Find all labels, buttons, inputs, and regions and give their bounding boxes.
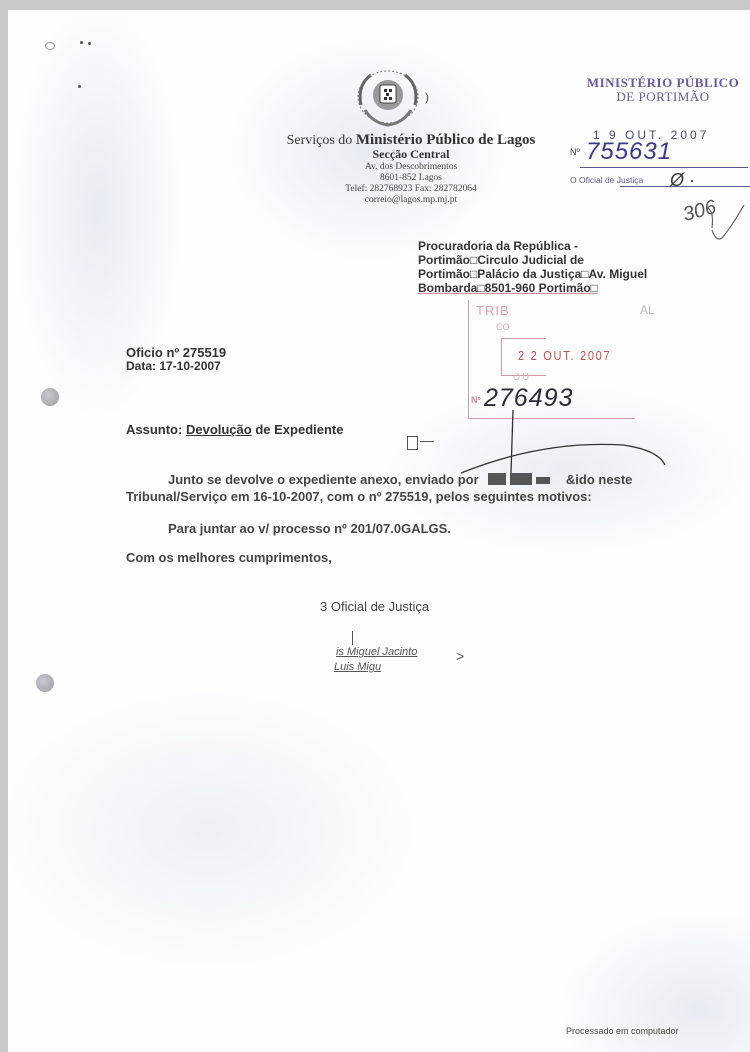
signer-title: 3 Oficial de Justiça: [320, 599, 429, 614]
subject-label: Assunto:: [126, 422, 182, 437]
letterhead-postal: 8601-852 Lagos: [266, 173, 556, 184]
stamp-org-line2: DE PORTIMÃO: [568, 90, 750, 104]
letterhead-main: Ministério Público de Lagos: [356, 132, 536, 148]
letter-subject: Assunto: Devolução de Expediente: [126, 422, 343, 437]
received-stamp-org: MINISTÉRIO PÚBLICO DE PORTIMÃO: [568, 76, 750, 104]
stamp-signature-line: [620, 186, 750, 187]
stamp-org-line1: MINISTÉRIO PÚBLICO: [568, 76, 750, 90]
received-stamp-number-label: Nº: [570, 147, 580, 157]
letterhead-section: Secção Central: [266, 147, 556, 161]
checkbox-mark: [407, 436, 418, 450]
letter-body: Junto se devolve o expediente anexo, env…: [126, 471, 696, 505]
return-reason: Para juntar ao v/ processo nº 201/07.0GA…: [168, 521, 451, 536]
signature-line1: is Miguel Jacinto: [336, 646, 417, 658]
letterhead-address: Av. dos Descobrimentos: [266, 162, 556, 173]
subject-underlined: Devolução: [186, 422, 252, 437]
scan-ring: [45, 42, 55, 50]
recipient-line: Portimão□Circulo Judicial de: [418, 253, 718, 267]
signature-mark: >: [456, 648, 464, 664]
redacted-block: [510, 473, 532, 485]
court-stamp-date: 2 2 OUT. 2007: [518, 348, 611, 363]
redacted-block: [536, 477, 550, 484]
scan-speck: [78, 85, 81, 88]
body-text-part1: Junto se devolve o expediente anexo, env…: [126, 472, 479, 487]
court-stamp-partial-top-left: TRIB: [476, 303, 510, 318]
received-stamp-number: 755631: [586, 138, 672, 166]
court-stamp-partial-line2: CO: [496, 322, 510, 332]
court-stamp-partial-top-right: AL: [640, 303, 655, 317]
signature-line2: Luis Migu: [334, 661, 381, 673]
footer-note: Processado em computador: [566, 1026, 679, 1036]
received-stamp-officer-label: O Oficial de Justiça: [570, 175, 643, 185]
signature-stroke: [352, 631, 353, 645]
coat-of-arms-icon: [353, 65, 423, 130]
stamp-divider: [580, 167, 748, 168]
document-page: ) Serviços do Ministério Público de Lago…: [8, 10, 750, 1052]
court-stamp-number: 276493: [484, 384, 573, 413]
handwritten-stroke: [453, 410, 683, 480]
scan-speck: [88, 42, 91, 45]
received-stamp-officer-mark: Ø ·: [670, 170, 695, 191]
oficio-number: Oficio nº 275519: [126, 345, 226, 360]
letter-date: Data: 17-10-2007: [126, 359, 221, 373]
letterhead-phone-fax: Telef: 282768923 Fax: 282782064: [266, 184, 556, 195]
body-text-part2: &ido: [566, 472, 595, 487]
scan-speck: [80, 41, 83, 44]
court-stamp-number-label: Nº: [471, 395, 481, 405]
recipient-line: Procuradoria da República -: [418, 239, 718, 253]
dash-mark: [420, 441, 434, 442]
recipient-address: Procuradoria da República - Portimão□Cir…: [418, 239, 718, 295]
recipient-line: Bombarda□8501-960 Portimão□: [418, 281, 718, 295]
subject-rest: de Expediente: [255, 422, 343, 437]
closing: Com os melhores cumprimentos,: [126, 550, 332, 565]
court-stamp-partial-line3: O U: [513, 372, 529, 382]
hole-punch: [41, 388, 59, 406]
recipient-line: Portimão□Palácio da Justiça□Av. Miguel: [418, 267, 718, 281]
redacted-block: [488, 473, 506, 485]
letterhead-email[interactable]: correio@lagos.mp.mj.pt: [266, 195, 556, 206]
letterhead-prefix: Serviços do: [287, 133, 353, 148]
hole-punch: [36, 674, 54, 692]
scan-mark: ): [425, 90, 429, 104]
